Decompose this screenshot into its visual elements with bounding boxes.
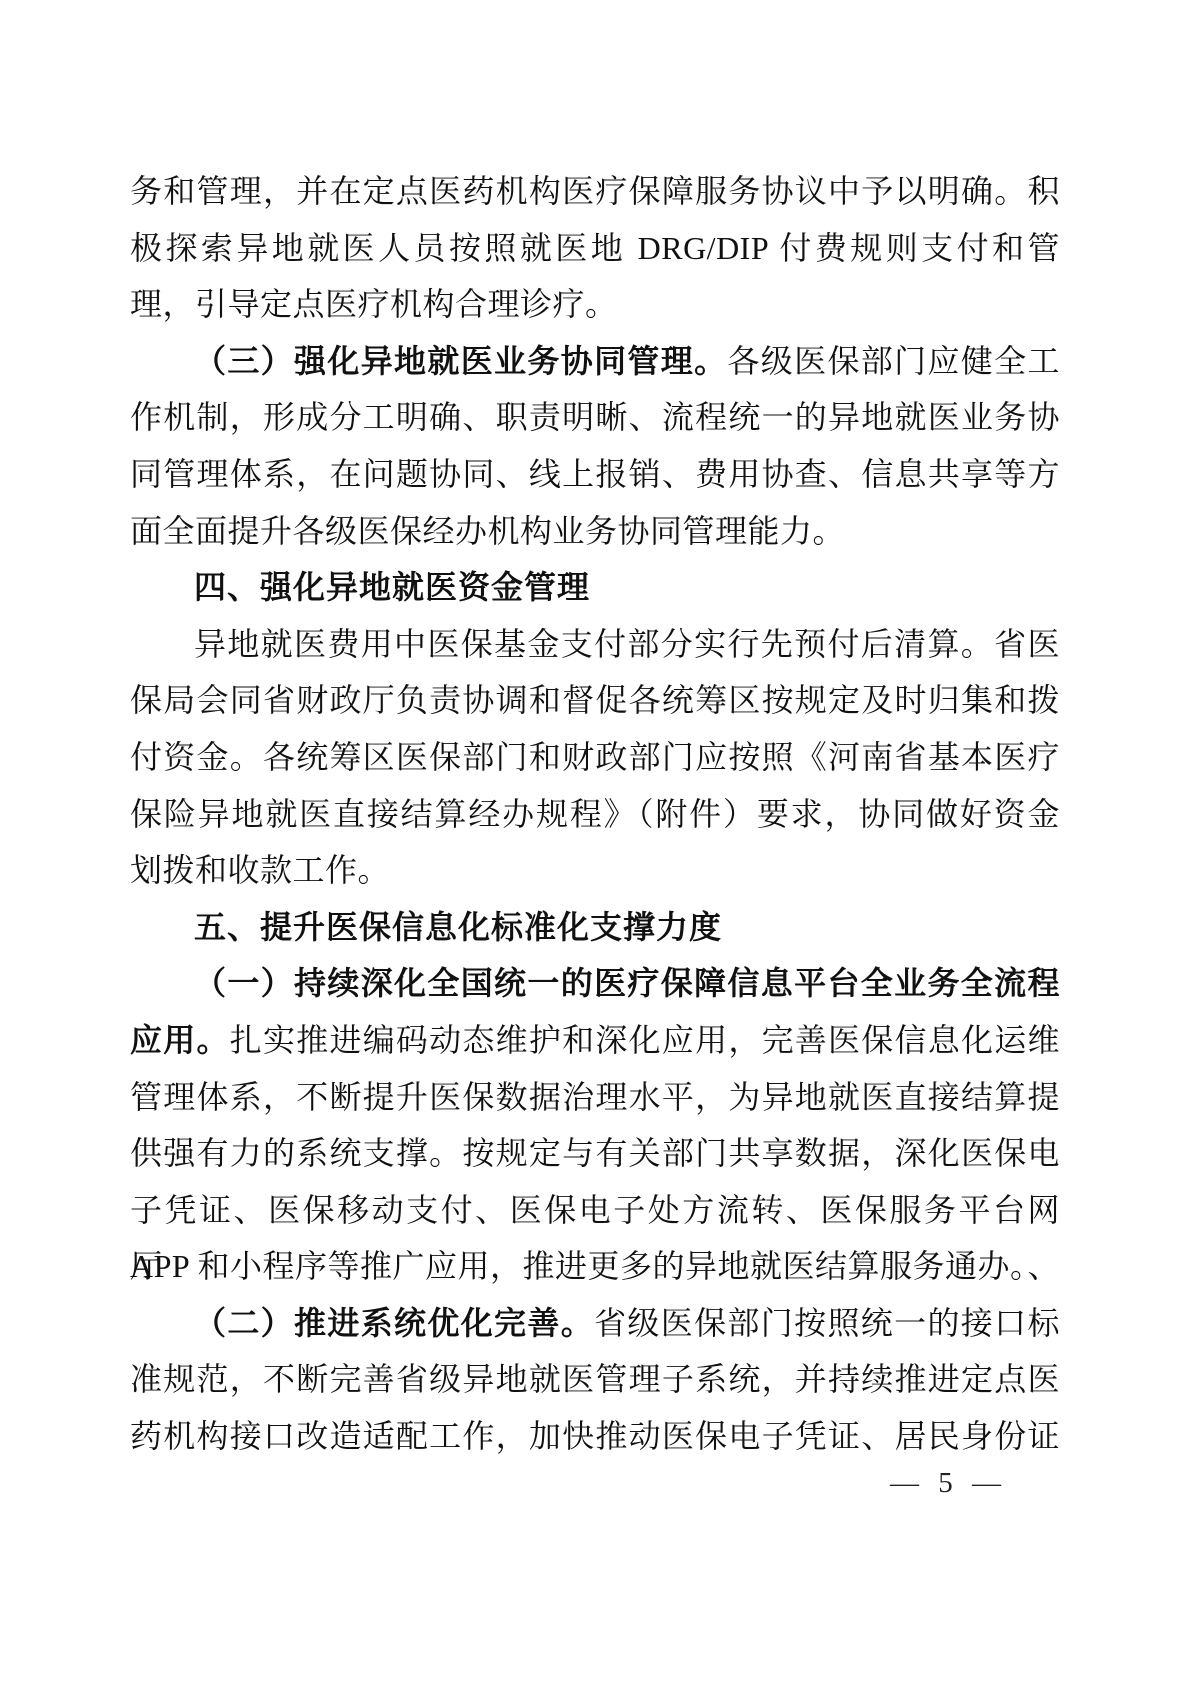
- line-text: 药机构接口改造适配工作，加快推动医保电子凭证、居民身份证: [130, 1418, 1060, 1454]
- line-text: 务和管理，并在定点医药机构医疗保障服务协议中予以明确。积: [130, 173, 1060, 209]
- line-text: 供强有力的系统支撑。按规定与有关部门共享数据，深化医保电: [130, 1135, 1060, 1171]
- line-text: 同管理体系，在问题协同、线上报销、费用协查、信息共享等方: [130, 456, 1060, 492]
- section-heading: 五、提升医保信息化标准化支撑力度: [130, 899, 1060, 956]
- line-text: 面全面提升各级医保经办机构业务协同管理能力。: [130, 513, 845, 549]
- line-text: 保局会同省财政厅负责协调和督促各统筹区按规定及时归集和拨: [130, 682, 1060, 718]
- line-text: 各级医保部门应健全工: [727, 343, 1060, 379]
- text-line: （一）持续深化全国统一的医疗保障信息平台全业务全流程: [130, 955, 1060, 1012]
- text-line: （二）推进系统优化完善。省级医保部门按照统一的接口标: [130, 1295, 1060, 1352]
- subheading-lead: （三）强化异地就医业务协同管理。: [194, 343, 727, 379]
- line-text: 极探索异地就医人员按照就医地 DRG/DIP 付费规则支付和管: [130, 230, 1060, 266]
- text-line: 保局会同省财政厅负责协调和督促各统筹区按规定及时归集和拨: [130, 672, 1060, 729]
- line-text: APP 和小程序等推广应用，推进更多的异地就医结算服务通办。: [130, 1248, 1043, 1284]
- text-line: 药机构接口改造适配工作，加快推动医保电子凭证、居民身份证: [130, 1408, 1060, 1465]
- subheading-lead: （一）持续深化全国统一的医疗保障信息平台全业务全流程: [194, 965, 1060, 1001]
- text-line: APP 和小程序等推广应用，推进更多的异地就医结算服务通办。: [130, 1238, 1060, 1295]
- line-text: 管理体系，不断提升医保数据治理水平，为异地就医直接结算提: [130, 1079, 1060, 1115]
- line-text: 作机制，形成分工明确、职责明晰、流程统一的异地就医业务协: [130, 399, 1060, 435]
- text-line: 异地就医费用中医保基金支付部分实行先预付后清算。省医: [130, 616, 1060, 673]
- text-line: 理，引导定点医疗机构合理诊疗。: [130, 276, 1060, 333]
- heading-text: 四、强化异地就医资金管理: [194, 569, 590, 605]
- text-line: 子凭证、医保移动支付、医保电子处方流转、医保服务平台网厅、: [130, 1182, 1060, 1239]
- text-line: 供强有力的系统支撑。按规定与有关部门共享数据，深化医保电: [130, 1125, 1060, 1182]
- text-line: 保险异地就医直接结算经办规程》（附件）要求，协同做好资金: [130, 786, 1060, 843]
- subheading-lead: （二）推进系统优化完善。: [194, 1305, 594, 1341]
- text-line: 务和管理，并在定点医药机构医疗保障服务协议中予以明确。积: [130, 163, 1060, 220]
- text-line: 作机制，形成分工明确、职责明晰、流程统一的异地就医业务协: [130, 389, 1060, 446]
- line-text: 付资金。各统筹区医保部门和财政部门应按照《河南省基本医疗: [130, 739, 1060, 775]
- text-line: 面全面提升各级医保经办机构业务协同管理能力。: [130, 503, 1060, 560]
- text-line: （三）强化异地就医业务协同管理。各级医保部门应健全工: [130, 333, 1060, 390]
- line-text: 扎实推进编码动态维护和深化应用，完善医保信息化运维: [230, 1022, 1060, 1058]
- text-line: 应用。扎实推进编码动态维护和深化应用，完善医保信息化运维: [130, 1012, 1060, 1069]
- section-heading: 四、强化异地就医资金管理: [130, 559, 1060, 616]
- text-line: 管理体系，不断提升医保数据治理水平，为异地就医直接结算提: [130, 1069, 1060, 1126]
- text-line: 同管理体系，在问题协同、线上报销、费用协查、信息共享等方: [130, 446, 1060, 503]
- line-text: 准规范，不断完善省级异地就医管理子系统，并持续推进定点医: [130, 1361, 1060, 1397]
- text-line: 付资金。各统筹区医保部门和财政部门应按照《河南省基本医疗: [130, 729, 1060, 786]
- line-text: 划拨和收款工作。: [130, 852, 390, 888]
- line-text: 省级医保部门按照统一的接口标: [594, 1305, 1060, 1341]
- document-body: 务和管理，并在定点医药机构医疗保障服务协议中予以明确。积极探索异地就医人员按照就…: [130, 163, 1060, 1465]
- heading-text: 五、提升医保信息化标准化支撑力度: [194, 909, 722, 945]
- line-text: 理，引导定点医疗机构合理诊疗。: [130, 286, 618, 322]
- line-text: 保险异地就医直接结算经办规程》（附件）要求，协同做好资金: [130, 796, 1060, 832]
- document-page: 务和管理，并在定点医药机构医疗保障服务协议中予以明确。积极探索异地就医人员按照就…: [0, 0, 1190, 1683]
- text-line: 准规范，不断完善省级异地就医管理子系统，并持续推进定点医: [130, 1351, 1060, 1408]
- page-number: — 5 —: [890, 1468, 1007, 1498]
- text-line: 极探索异地就医人员按照就医地 DRG/DIP 付费规则支付和管: [130, 220, 1060, 277]
- line-text: 异地就医费用中医保基金支付部分实行先预付后清算。省医: [194, 626, 1060, 662]
- subheading-lead: 应用。: [130, 1022, 230, 1058]
- text-line: 划拨和收款工作。: [130, 842, 1060, 899]
